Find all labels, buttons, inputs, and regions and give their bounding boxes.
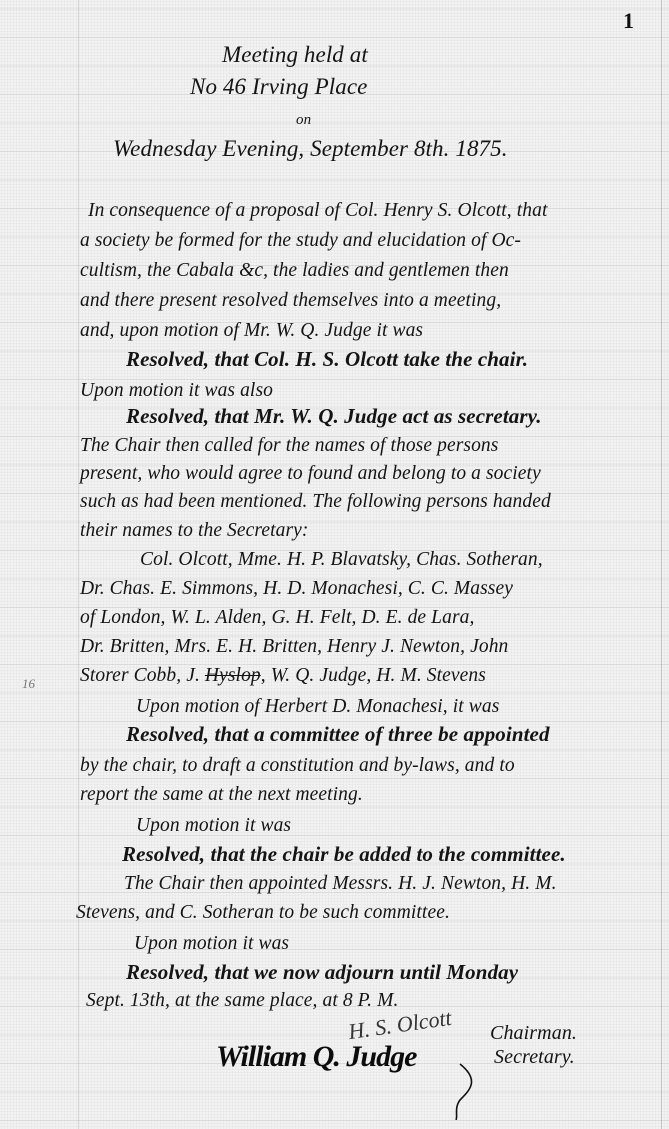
heading-line-3: on (296, 112, 311, 129)
heading-line-2: No 46 Irving Place (190, 74, 367, 100)
margin-rule (78, 0, 79, 1129)
resolution-secretary: Resolved, that Mr. W. Q. Judge act as se… (126, 404, 542, 429)
signature-flourish (440, 1060, 500, 1120)
margin-annotation: 16 (22, 676, 35, 692)
secretary-title: Secretary. (494, 1046, 575, 1069)
secretary-signature: William Q. Judge (216, 1040, 416, 1074)
body-line: Upon motion of Herbert D. Monachesi, it … (136, 696, 499, 718)
page-edge (661, 0, 662, 1129)
names-text: , W. Q. Judge, H. M. Stevens (261, 665, 486, 686)
body-line: Stevens, and C. Sotheran to be such comm… (76, 902, 450, 924)
body-line: and there present resolved themselves in… (80, 290, 501, 312)
body-line: In consequence of a proposal of Col. Hen… (88, 200, 547, 222)
body-line: The Chair then appointed Messrs. H. J. N… (124, 873, 557, 895)
resolution-committee: Resolved, that a committee of three be a… (126, 722, 550, 747)
body-line: Upon motion it was also (80, 380, 273, 402)
chairman-title: Chairman. (490, 1022, 577, 1045)
resolution-chair-added: Resolved, that the chair be added to the… (122, 842, 566, 867)
resolution-chair: Resolved, that Col. H. S. Olcott take th… (126, 347, 528, 372)
heading-line-1: Meeting held at (222, 42, 368, 68)
body-line: such as had been mentioned. The followin… (80, 491, 551, 513)
body-line: report the same at the next meeting. (80, 784, 363, 806)
member-names-line: of London, W. L. Alden, G. H. Felt, D. E… (80, 607, 474, 629)
resolution-adjourn: Resolved, that we now adjourn until Mond… (126, 960, 518, 985)
body-line: Sept. 13th, at the same place, at 8 P. M… (86, 990, 398, 1012)
body-line: a society be formed for the study and el… (80, 230, 521, 252)
struck-name: Hyslop (205, 665, 261, 686)
page-number: 1 (623, 8, 634, 34)
names-text: Storer Cobb, J. (80, 665, 205, 686)
member-names-line: Dr. Chas. E. Simmons, H. D. Monachesi, C… (80, 578, 513, 600)
body-line: Upon motion it was (134, 933, 289, 955)
body-line: The Chair then called for the names of t… (80, 435, 498, 457)
body-line: present, who would agree to found and be… (80, 463, 541, 485)
member-names-line: Col. Olcott, Mme. H. P. Blavatsky, Chas.… (140, 549, 543, 571)
body-line: Upon motion it was (136, 815, 291, 837)
heading-date-line: Wednesday Evening, September 8th. 1875. (113, 136, 508, 162)
body-line: by the chair, to draft a constitution an… (80, 755, 515, 777)
body-line: cultism, the Cabala &c, the ladies and g… (80, 260, 509, 282)
member-names-line: Dr. Britten, Mrs. E. H. Britten, Henry J… (80, 636, 508, 658)
member-names-line: Storer Cobb, J. Hyslop, W. Q. Judge, H. … (80, 665, 486, 687)
body-line: their names to the Secretary: (80, 520, 309, 542)
body-line: and, upon motion of Mr. W. Q. Judge it w… (80, 320, 423, 342)
